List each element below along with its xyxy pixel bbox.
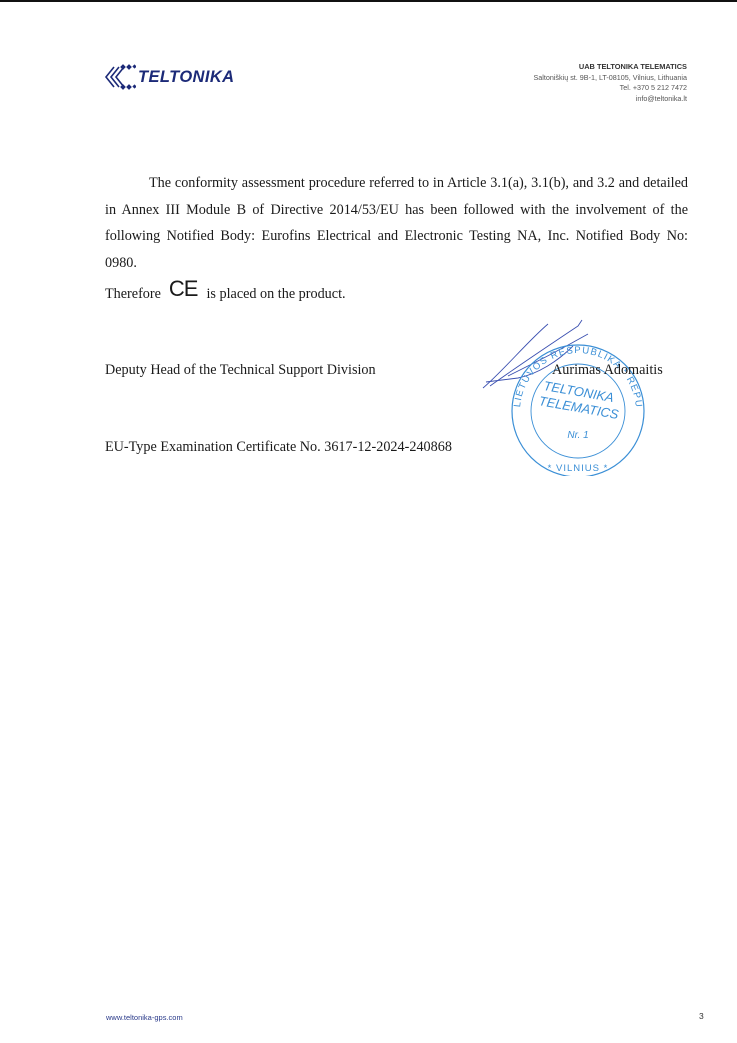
stamp-bottom-text: * VILNIUS * [548, 463, 609, 474]
company-info: UAB TELTONIKA TELEMATICS Saltoniškių st.… [533, 62, 687, 104]
signatory-role: Deputy Head of the Technical Support Div… [105, 362, 376, 379]
company-name: UAB TELTONIKA TELEMATICS [533, 62, 687, 73]
teltonika-chevron-dots-icon [104, 64, 136, 90]
ce-statement: Therefore CE is placed on the product. [105, 281, 346, 307]
company-phone: Tel. +370 5 212 7472 [533, 83, 687, 94]
company-stamp: LIETUVOS RESPUBLIKA * REPUBLIC OF LITHUA… [478, 316, 678, 476]
ce-suffix: is placed on the product. [206, 286, 345, 303]
teltonika-logo: TELTONIKA [104, 62, 235, 92]
conformity-paragraph: The conformity assessment procedure refe… [105, 170, 688, 276]
ce-prefix: Therefore [105, 286, 161, 303]
footer-url-link[interactable]: www.teltonika-gps.com [106, 1013, 183, 1022]
signatory-name: Aurimas Adomaitis [552, 362, 663, 379]
page-number: 3 [699, 1011, 704, 1021]
certificate-number: EU-Type Examination Certificate No. 3617… [105, 439, 452, 456]
company-email: info@teltonika.lt [533, 94, 687, 105]
paragraph-text: The conformity assessment procedure refe… [105, 170, 688, 276]
company-address: Saltoniškių st. 9B-1, LT-08105, Vilnius,… [533, 73, 687, 84]
logo-wordmark: TELTONIKA [138, 68, 235, 87]
stamp-number: Nr. 1 [567, 430, 588, 441]
ce-mark-icon: CE [169, 276, 198, 302]
top-border-rule [0, 0, 737, 2]
